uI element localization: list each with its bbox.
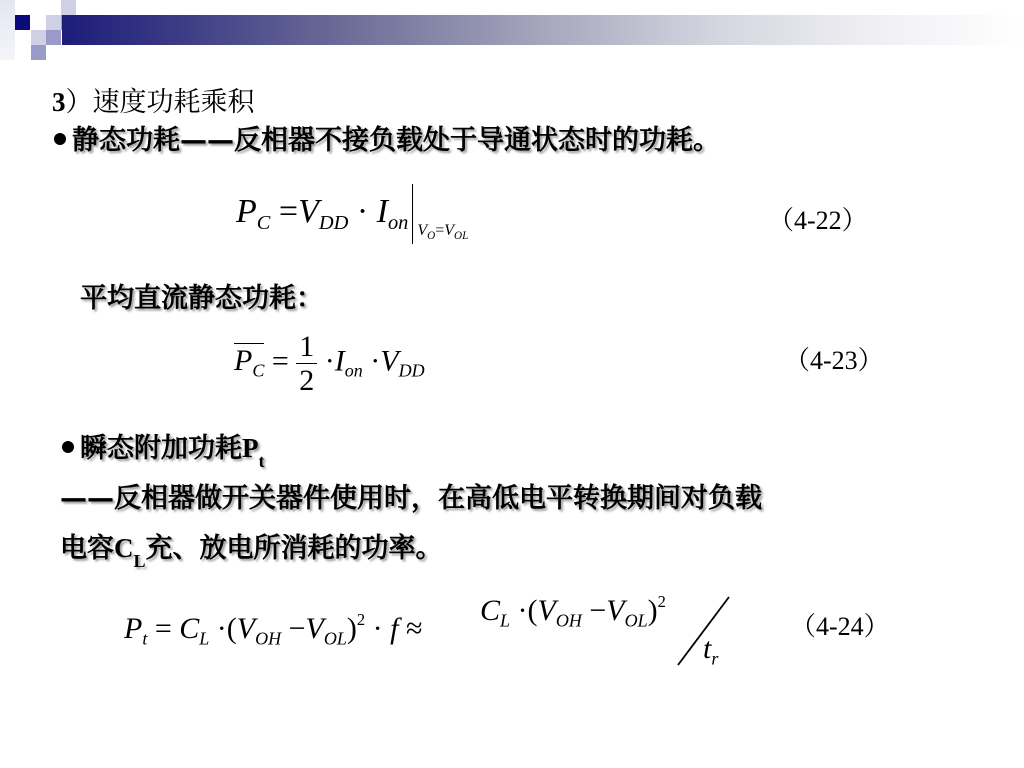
equation-4-23: PC = 12 ·Ion ·VDD	[234, 330, 425, 397]
eq-symbol: I	[335, 344, 345, 377]
deco-square	[46, 30, 61, 45]
eq-symbol: P	[234, 344, 252, 377]
eq-subscript: OL	[454, 230, 468, 242]
deco-square	[31, 30, 46, 45]
eq-paren: (	[528, 594, 538, 627]
static-power-item: 静态功耗——反相器不接负载处于导通状态时的功耗。	[54, 118, 720, 157]
static-power-definition: 反相器不接负载处于导通状态时的功耗。	[234, 125, 720, 156]
eq-subscript: OH	[556, 610, 582, 630]
capacitance-symbol: C	[114, 533, 134, 563]
eq-symbol: P	[124, 612, 142, 645]
equation-number-4-23: （4-23）	[784, 340, 884, 377]
eq-paren: (	[227, 612, 237, 645]
deco-square	[46, 15, 61, 30]
transient-power-item: 瞬态附加功耗Pt	[62, 426, 265, 465]
eq-subscript: OL	[324, 628, 347, 648]
evaluation-condition: VO=VOL	[417, 222, 468, 242]
eq-operator: =	[279, 193, 298, 230]
heading-number: 3	[52, 87, 66, 117]
eq-operator: −	[589, 594, 606, 627]
eq-subscript: on	[345, 361, 363, 381]
bullet-icon	[54, 133, 66, 145]
evaluation-bar: VO=VOL	[412, 184, 413, 244]
eq-subscript: OL	[625, 610, 648, 630]
equation-4-24-rhs-numerator: CL ·(VOH −VOL)2	[480, 592, 666, 631]
deco-square	[15, 15, 30, 30]
eq-paren: )	[347, 612, 357, 645]
eq-subscript: OH	[255, 628, 281, 648]
eq-symbol: V	[298, 193, 319, 230]
eq-symbol: V	[444, 222, 454, 239]
denominator: 2	[296, 364, 317, 397]
eq-symbol: V	[237, 612, 255, 645]
eq-subscript: C	[257, 212, 271, 234]
eq-subscript: r	[711, 648, 718, 668]
eq-operator: =	[155, 612, 172, 645]
eq-operator: ·	[373, 612, 383, 645]
eq-paren: )	[648, 594, 658, 627]
eq-symbol: C	[179, 612, 199, 645]
equation-4-22: PC =VDD · IonVO=VOL	[236, 184, 413, 244]
eq-operator: ·	[370, 344, 380, 377]
fraction-slash	[672, 595, 732, 667]
heading-title: 速度功耗乘积	[93, 87, 255, 118]
mean-overline: PC	[234, 343, 264, 377]
dash: ——	[180, 125, 234, 156]
bullet-icon	[62, 441, 74, 453]
definition-text: 充、放电所消耗的功率。	[146, 533, 443, 564]
header-gradient-bar	[62, 15, 1024, 45]
eq-symbol: V	[380, 344, 398, 377]
eq-symbol: P	[236, 193, 257, 230]
transient-power-symbol: P	[242, 433, 259, 463]
eq-exponent: 2	[357, 610, 365, 629]
eq-symbol: V	[538, 594, 556, 627]
transient-power-subscript: t	[259, 451, 265, 471]
definition-text: 反相器做开关器件使用时，在高低电平转换期间对负载	[114, 483, 762, 514]
average-static-power-label: 平均直流静态功耗：	[80, 276, 323, 315]
eq-operator: ·	[518, 594, 528, 627]
heading-paren: ）	[66, 87, 93, 118]
eq-subscript: DD	[399, 361, 425, 381]
eq-subscript: on	[388, 212, 408, 234]
capacitance-subscript: L	[134, 551, 146, 571]
eq-subscript: t	[142, 628, 147, 648]
eq-exponent: 2	[658, 592, 666, 611]
transient-power-definition-line2: 电容CL充、放电所消耗的功率。	[60, 526, 443, 565]
eq-symbol: V	[606, 594, 624, 627]
eq-symbol: C	[480, 594, 500, 627]
section-heading: 3）速度功耗乘积	[52, 80, 255, 119]
equation-number-4-22: （4-22）	[768, 200, 868, 237]
fraction-one-half: 12	[296, 330, 317, 397]
eq-operator: ·	[325, 344, 335, 377]
eq-operator: ·	[357, 193, 368, 230]
transient-power-label: 瞬态附加功耗	[80, 433, 242, 464]
definition-text: 电容	[60, 533, 114, 564]
deco-square	[0, 0, 15, 60]
eq-operator: =	[272, 344, 289, 377]
eq-operator: −	[289, 612, 306, 645]
dash: ——	[60, 483, 114, 514]
eq-operator: =	[435, 222, 444, 239]
eq-symbol: I	[377, 193, 388, 230]
eq-subscript: L	[500, 610, 510, 630]
eq-symbol: V	[306, 612, 324, 645]
equation-4-24-rhs-denominator: tr	[703, 632, 718, 669]
eq-operator: ≈	[406, 612, 422, 645]
eq-subscript: L	[199, 628, 209, 648]
eq-symbol: f	[390, 612, 398, 645]
deco-square	[61, 0, 76, 15]
transient-power-definition-line1: ——反相器做开关器件使用时，在高低电平转换期间对负载	[60, 476, 762, 515]
static-power-label: 静态功耗	[72, 125, 180, 156]
eq-operator: ·	[217, 612, 227, 645]
equation-number-4-24: （4-24）	[790, 606, 890, 643]
eq-symbol: V	[417, 222, 427, 239]
deco-square	[31, 45, 46, 60]
eq-subscript: DD	[319, 212, 348, 234]
equation-4-24: Pt = CL ·(VOH −VOL)2 · f ≈	[124, 610, 422, 649]
eq-subscript: C	[252, 361, 264, 381]
numerator: 1	[296, 330, 317, 364]
